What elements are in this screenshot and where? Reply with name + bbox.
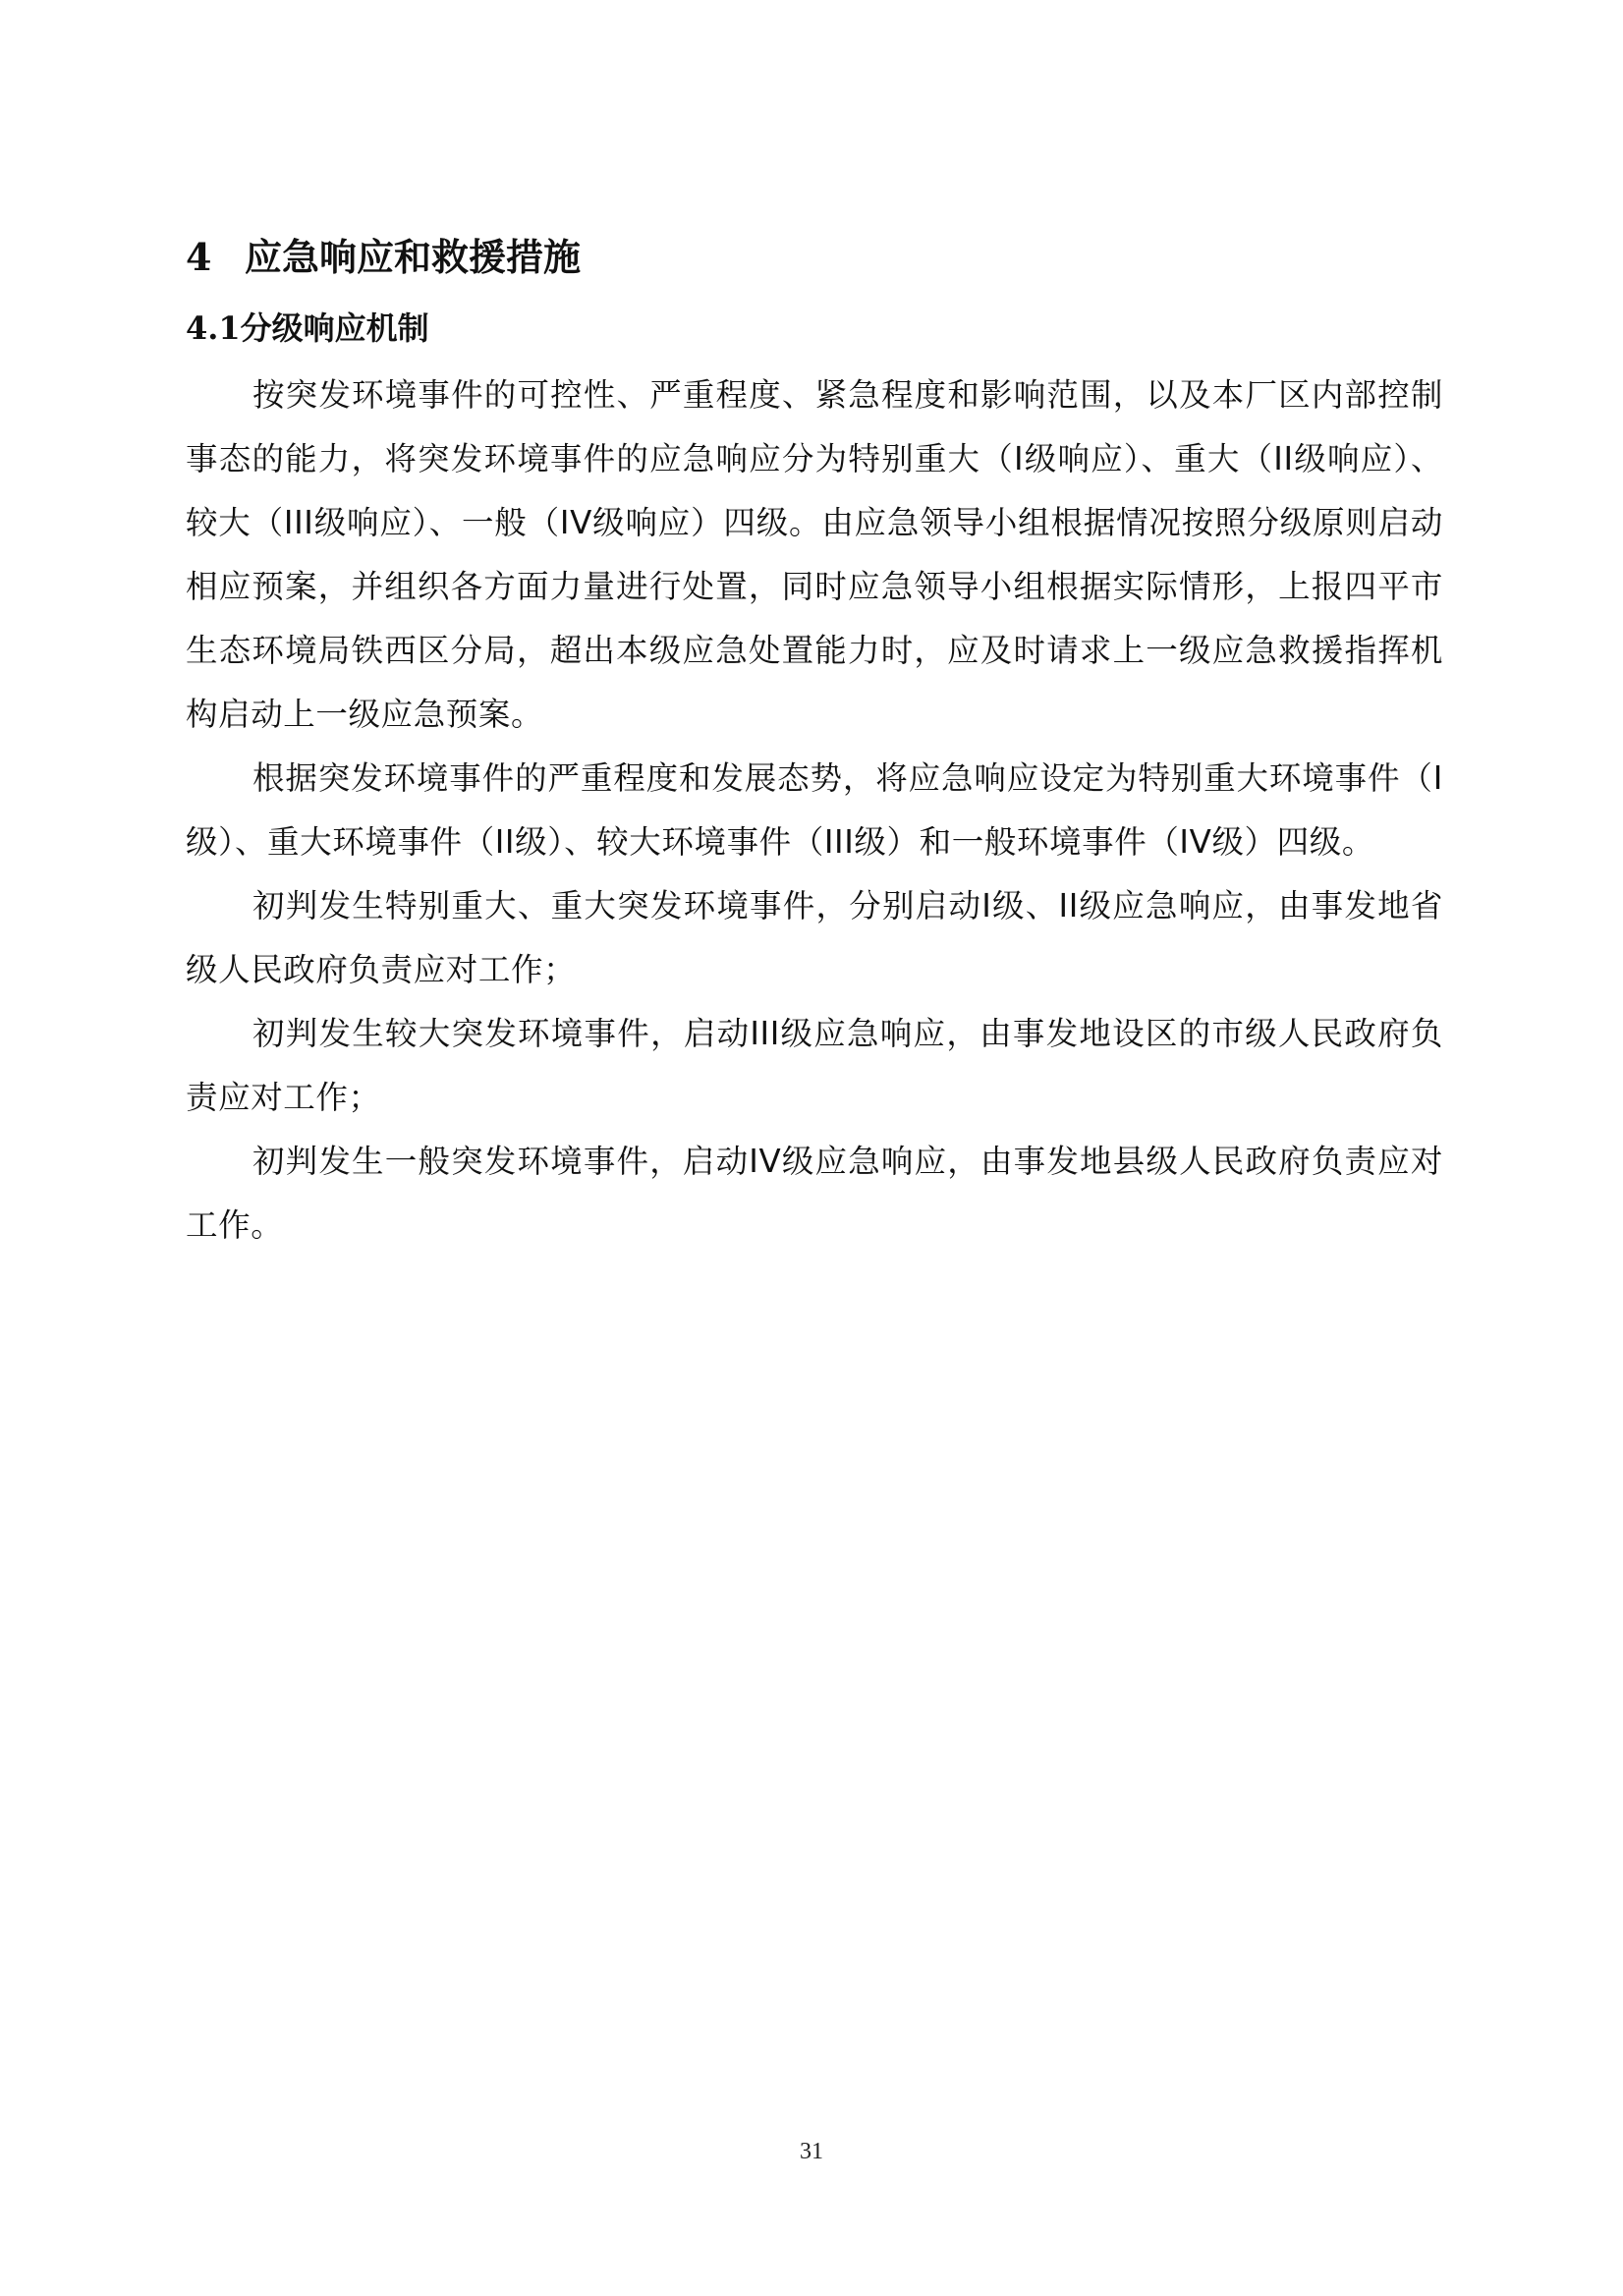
section-title: 分级响应机制 [241, 309, 429, 347]
paragraph-level-1-2: 初判发生特别重大、重大突发环境事件，分别启动I级、II级应急响应，由事发地省级人… [186, 874, 1443, 1002]
chapter-number: 4 [186, 234, 245, 281]
section-heading: 4.1分级响应机制 [186, 308, 429, 348]
page-number: 31 [0, 2139, 1623, 2165]
chapter-title: 应急响应和救援措施 [245, 235, 581, 279]
paragraph-level-4: 初判发生一般突发环境事件，启动IV级应急响应，由事发地县级人民政府负责应对工作。 [186, 1130, 1443, 1258]
section-number: 4.1 [186, 309, 241, 347]
paragraph-response-levels: 按突发环境事件的可控性、严重程度、紧急程度和影响范围，以及本厂区内部控制事态的能… [186, 364, 1443, 747]
body-text: 按突发环境事件的可控性、严重程度、紧急程度和影响范围，以及本厂区内部控制事态的能… [186, 364, 1443, 1258]
chapter-heading: 4应急响应和救援措施 [186, 234, 581, 281]
paragraph-level-3: 初判发生较大突发环境事件，启动III级应急响应，由事发地设区的市级人民政府负责应… [186, 1002, 1443, 1130]
paragraph-level-definition: 根据突发环境事件的严重程度和发展态势，将应急响应设定为特别重大环境事件（I级）、… [186, 747, 1443, 874]
